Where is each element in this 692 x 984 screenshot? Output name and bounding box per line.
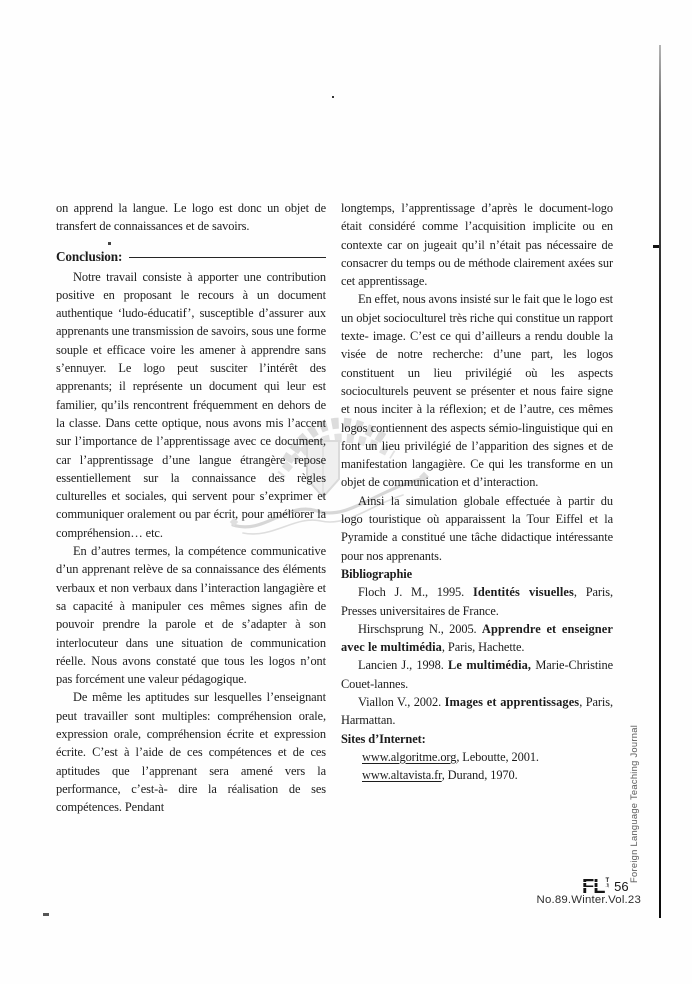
bib-entry-title: Images et apprentissages — [445, 695, 580, 709]
conclusion-heading: Conclusion: — [56, 249, 122, 265]
journal-title-vertical: Foreign Language Teaching Journal — [629, 733, 639, 883]
scan-speck — [43, 913, 49, 916]
site-link-altavista[interactable]: www.altavista.fr — [362, 768, 442, 782]
bib-entry-pre: Floch J. M., 1995. — [358, 585, 473, 599]
conclusion-heading-row: Conclusion: — [56, 249, 326, 265]
bibliography-entry: Hirschsprung N., 2005. Apprendre et ense… — [341, 620, 613, 657]
site-entry-rest: , Leboutte, 2001. — [456, 750, 539, 764]
site-entry: www.algoritme.org, Leboutte, 2001. — [341, 748, 613, 766]
site-entry-rest: , Durand, 1970. — [442, 768, 518, 782]
left-column: on apprend la langue. Le logo est donc u… — [56, 199, 326, 817]
border-tick-mark — [653, 245, 659, 248]
paragraph: En effet, nous avons insisté sur le fait… — [341, 290, 613, 491]
paragraph: En d’autres termes, la compétence commun… — [56, 542, 326, 688]
scan-speck — [108, 242, 111, 245]
paragraph: De même les aptitudes sur lesquelles l’e… — [56, 688, 326, 816]
logo-stripe — [581, 882, 608, 883]
right-column: longtemps, l’apprentissage d’après le do… — [341, 199, 613, 785]
scanned-journal-page: on apprend la langue. Le logo est donc u… — [0, 0, 692, 984]
bibliography-entry: Lancien J., 1998. Le multimédia, Marie-C… — [341, 656, 613, 693]
bib-entry-pre: Hirschsprung N., 2005. — [358, 622, 482, 636]
scan-speck — [332, 96, 334, 98]
bib-entry-title: Identités visuelles — [473, 585, 574, 599]
bibliography-entry: Floch J. M., 1995. Identités visuelles, … — [341, 583, 613, 620]
bibliography-heading: Bibliographie — [341, 565, 613, 583]
paragraph: Notre travail consiste à apporter une co… — [56, 268, 326, 542]
bibliography-entry: Viallon V., 2002. Images et apprentissag… — [341, 693, 613, 730]
sites-heading: Sites d’Internet: — [341, 730, 613, 748]
paragraph: Ainsi la simulation globale effectuée à … — [341, 492, 613, 565]
bib-entry-post: , Paris, Hachette. — [442, 640, 525, 654]
intro-paragraph: on apprend la langue. Le logo est donc u… — [56, 199, 326, 236]
bib-entry-title: Le multimédia, — [448, 658, 531, 672]
site-link-algoritme[interactable]: www.algoritme.org — [362, 750, 456, 764]
bib-entry-pre: Viallon V., 2002. — [358, 695, 445, 709]
issue-info: No.89.Winter.Vol.23 — [537, 894, 641, 906]
bib-entry-pre: Lancien J., 1998. — [358, 658, 448, 672]
paragraph: longtemps, l’apprentissage d’après le do… — [341, 199, 613, 290]
page-number: 56 — [614, 879, 628, 895]
heading-rule-line — [129, 257, 326, 258]
page-border-line — [659, 45, 661, 918]
site-entry: www.altavista.fr, Durand, 1970. — [341, 766, 613, 784]
logo-stripe — [581, 887, 608, 888]
